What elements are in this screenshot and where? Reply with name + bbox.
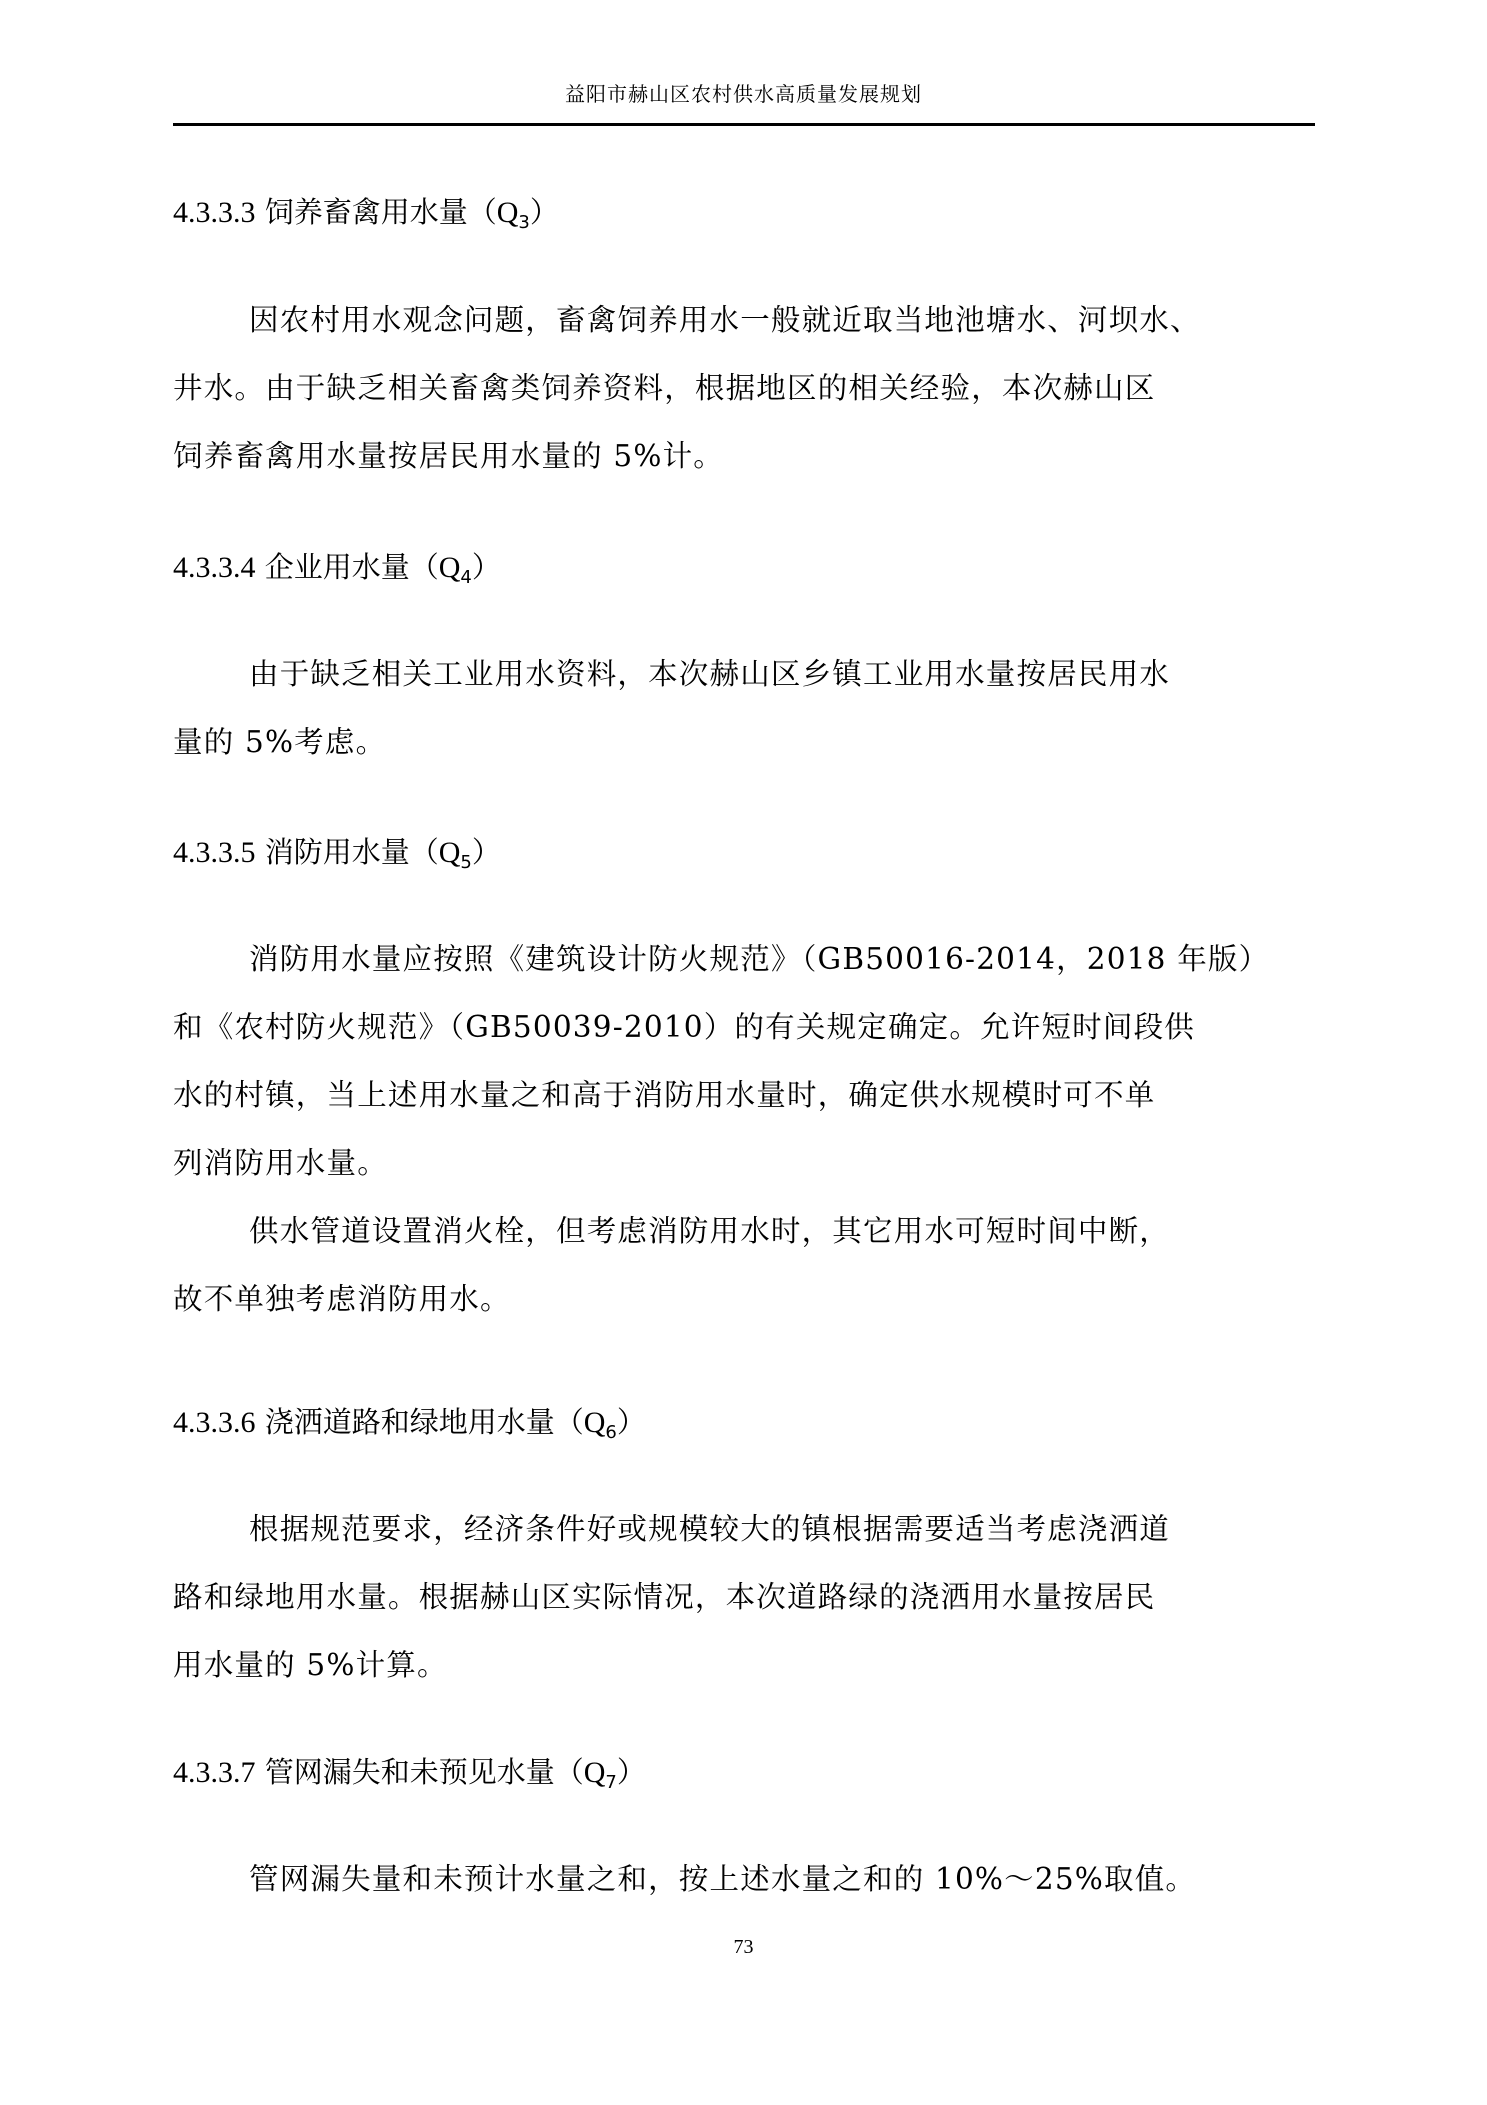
- paragraph-line: 消防用水量应按照《建筑设计防火规范》（GB50016-2014，2018 年版）: [173, 925, 1323, 993]
- paragraph-line: 由于缺乏相关工业用水资料，本次赫山区乡镇工业用水量按居民用水: [173, 640, 1323, 708]
- paragraph-line: 列消防用水量。: [173, 1129, 1323, 1197]
- paragraph-line: 供水管道设置消火栓，但考虑消防用水时，其它用水可短时间中断，: [173, 1197, 1323, 1265]
- section-symbol: Q: [497, 196, 519, 229]
- section-number: 4.3.3.5: [173, 836, 256, 869]
- section-subscript: 5: [460, 852, 471, 873]
- section-number: 4.3.3.6: [173, 1406, 256, 1439]
- paragraph-line: 管网漏失量和未预计水量之和，按上述水量之和的 10%～25%取值。: [173, 1845, 1323, 1913]
- paragraph-line: 故不单独考虑消防用水。: [173, 1265, 1323, 1333]
- paragraph-line: 井水。由于缺乏相关畜禽类饲养资料，根据地区的相关经验，本次赫山区: [173, 354, 1323, 422]
- section-title: 饲养畜禽用水量: [265, 195, 468, 229]
- paragraph: 管网漏失量和未预计水量之和，按上述水量之和的 10%～25%取值。: [173, 1845, 1323, 1913]
- paragraph: 消防用水量应按照《建筑设计防火规范》（GB50016-2014，2018 年版）…: [173, 925, 1323, 1333]
- section-subscript: 4: [460, 567, 471, 588]
- section-title: 消防用水量: [265, 835, 410, 869]
- paragraph-line: 路和绿地用水量。根据赫山区实际情况，本次道路绿的浇洒用水量按居民: [173, 1563, 1323, 1631]
- paragraph-line: 用水量的 5%计算。: [173, 1631, 1323, 1699]
- paragraph: 由于缺乏相关工业用水资料，本次赫山区乡镇工业用水量按居民用水 量的 5%考虑。: [173, 640, 1323, 776]
- section-number: 4.3.3.4: [173, 551, 256, 584]
- paragraph-line: 因农村用水观念问题，畜禽饲养用水一般就近取当地池塘水、河坝水、: [173, 286, 1323, 354]
- paragraph-line: 饲养畜禽用水量按居民用水量的 5%计。: [173, 422, 1323, 490]
- paragraph-line: 和《农村防火规范》（GB50039-2010）的有关规定确定。允许短时间段供: [173, 993, 1323, 1061]
- section-title: 管网漏失和未预见水量: [265, 1755, 555, 1789]
- section-number: 4.3.3.3: [173, 196, 256, 229]
- section-title: 浇洒道路和绿地用水量: [265, 1405, 555, 1439]
- section-subscript: 3: [518, 212, 529, 233]
- paragraph-line: 根据规范要求，经济条件好或规模较大的镇根据需要适当考虑浇洒道: [173, 1495, 1323, 1563]
- section-symbol: Q: [439, 551, 461, 584]
- paragraph-line: 水的村镇，当上述用水量之和高于消防用水量时，确定供水规模时可不单: [173, 1061, 1323, 1129]
- page-number: 73: [0, 1936, 1487, 1959]
- section-title: 企业用水量: [265, 550, 410, 584]
- section-number: 4.3.3.7: [173, 1756, 256, 1789]
- section-heading: 4.3.3.6 浇洒道路和绿地用水量（Q6）: [173, 1400, 646, 1443]
- section-symbol: Q: [584, 1406, 606, 1439]
- section-heading: 4.3.3.3 饲养畜禽用水量（Q3）: [173, 190, 559, 233]
- paragraph: 因农村用水观念问题，畜禽饲养用水一般就近取当地池塘水、河坝水、 井水。由于缺乏相…: [173, 286, 1323, 490]
- paragraph-line: 量的 5%考虑。: [173, 708, 1323, 776]
- section-symbol: Q: [584, 1756, 606, 1789]
- page-header-title: 益阳市赫山区农村供水高质量发展规划: [0, 78, 1487, 107]
- section-heading: 4.3.3.5 消防用水量（Q5）: [173, 830, 501, 873]
- section-subscript: 7: [605, 1772, 616, 1793]
- section-symbol: Q: [439, 836, 461, 869]
- header-rule: [173, 123, 1315, 126]
- paragraph: 根据规范要求，经济条件好或规模较大的镇根据需要适当考虑浇洒道 路和绿地用水量。根…: [173, 1495, 1323, 1699]
- section-subscript: 6: [605, 1422, 616, 1443]
- section-heading: 4.3.3.4 企业用水量（Q4）: [173, 545, 501, 588]
- section-heading: 4.3.3.7 管网漏失和未预见水量（Q7）: [173, 1750, 646, 1793]
